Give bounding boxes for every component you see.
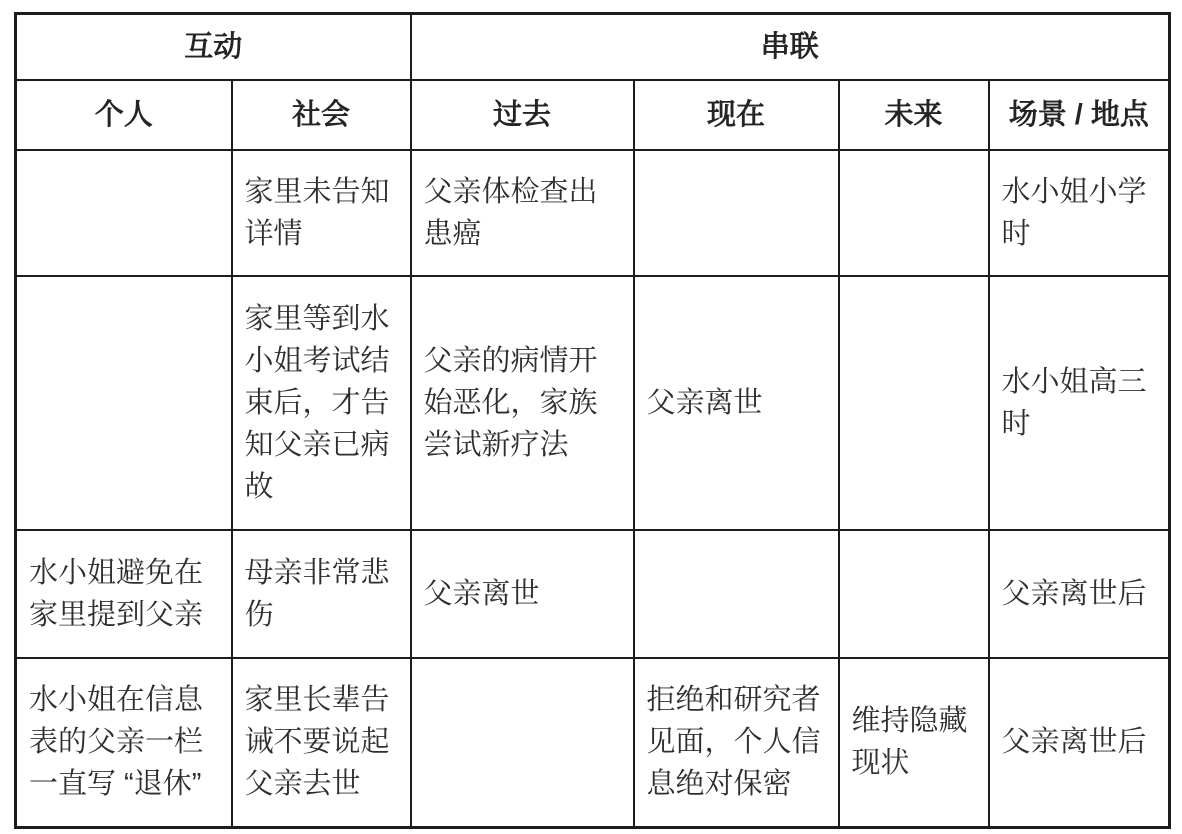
column-header-past: 过去 — [411, 80, 634, 150]
table-cell: 拒绝和研究者见面，个人信息绝对保密 — [634, 658, 839, 828]
table-cell: 父亲离世 — [634, 276, 839, 530]
table-cell: 维持隐藏现状 — [839, 658, 989, 828]
table-cell: 父亲的病情开始恶化，家族尝试新疗法 — [411, 276, 634, 530]
table-row: 家里等到水小姐考试结束后，才告知父亲已病故 父亲的病情开始恶化，家族尝试新疗法 … — [16, 276, 1170, 530]
table-cell: 家里未告知详情 — [232, 150, 411, 276]
group-header-interaction: 互动 — [16, 14, 411, 80]
table-cell — [839, 150, 989, 276]
table-cell — [16, 276, 232, 530]
table-cell: 水小姐避免在家里提到父亲 — [16, 530, 232, 658]
table-cell — [634, 530, 839, 658]
column-header-row: 个人 社会 过去 现在 未来 场景 / 地点 — [16, 80, 1170, 150]
group-header-series: 串联 — [411, 14, 1170, 80]
table-cell: 父亲体检查出患癌 — [411, 150, 634, 276]
story-timeline-table: 互动 串联 个人 社会 过去 现在 未来 场景 / 地点 家里未告知详情 父亲体… — [14, 12, 1171, 829]
table-cell: 父亲离世后 — [989, 658, 1170, 828]
column-header-personal: 个人 — [16, 80, 232, 150]
column-header-present: 现在 — [634, 80, 839, 150]
table-row: 水小姐在信息表的父亲一栏一直写 “退休” 家里长辈告诫不要说起父亲去世 拒绝和研… — [16, 658, 1170, 828]
table-row: 水小姐避免在家里提到父亲 母亲非常悲伤 父亲离世 父亲离世后 — [16, 530, 1170, 658]
table-cell: 母亲非常悲伤 — [232, 530, 411, 658]
table-cell — [839, 276, 989, 530]
table-cell: 家里等到水小姐考试结束后，才告知父亲已病故 — [232, 276, 411, 530]
table-cell: 父亲离世后 — [989, 530, 1170, 658]
table-cell: 水小姐在信息表的父亲一栏一直写 “退休” — [16, 658, 232, 828]
table-cell: 父亲离世 — [411, 530, 634, 658]
column-header-social: 社会 — [232, 80, 411, 150]
table-cell: 家里长辈告诫不要说起父亲去世 — [232, 658, 411, 828]
group-header-row: 互动 串联 — [16, 14, 1170, 80]
table-cell: 水小姐高三时 — [989, 276, 1170, 530]
table-cell — [16, 150, 232, 276]
table-cell — [839, 530, 989, 658]
page: 互动 串联 个人 社会 过去 现在 未来 场景 / 地点 家里未告知详情 父亲体… — [0, 0, 1182, 834]
table-cell — [634, 150, 839, 276]
column-header-future: 未来 — [839, 80, 989, 150]
table-cell — [411, 658, 634, 828]
table-cell: 水小姐小学时 — [989, 150, 1170, 276]
table-row: 家里未告知详情 父亲体检查出患癌 水小姐小学时 — [16, 150, 1170, 276]
column-header-scene-location: 场景 / 地点 — [989, 80, 1170, 150]
